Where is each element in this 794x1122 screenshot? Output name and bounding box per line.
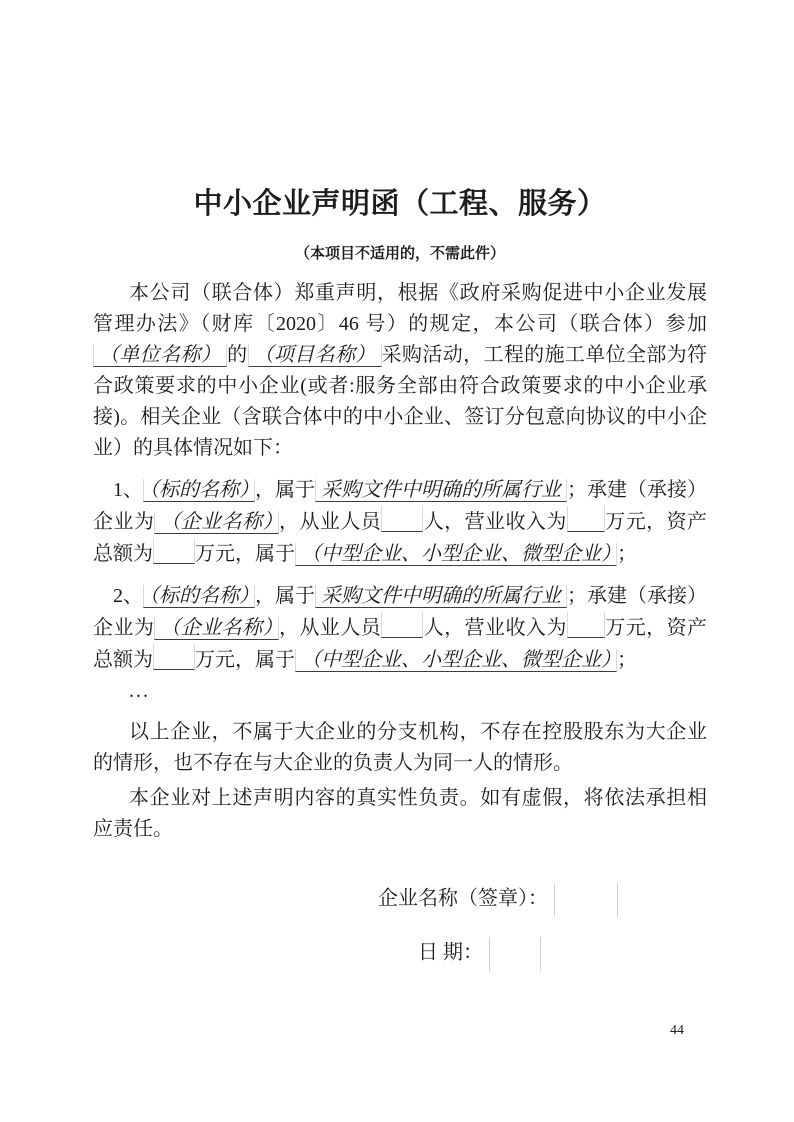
blank-field	[381, 612, 423, 638]
signature-date-label: 日 期：	[418, 942, 483, 964]
signature-company-blank	[554, 883, 618, 917]
fill-in-field: （中型企业、小型企业、微型企业）	[295, 543, 617, 566]
page: 中小企业声明函（工程、服务） （本项目不适用的，不需此件） 本公司（联合体）郑重…	[0, 0, 794, 1122]
document-subtitle: （本项目不适用的，不需此件）	[93, 245, 707, 263]
text-run: 本公司（联合体）郑重声明，根据《政府采购促进中小企业发展管理办法》（财库〔202…	[93, 282, 707, 335]
text-run: 万元，属于	[195, 543, 295, 565]
text-run: ，属于	[255, 585, 315, 607]
fill-in-field: （项目名称）	[248, 344, 382, 367]
item-2-paragraph: 2、（标的名称），属于采购文件中明确的所属行业；承建（承接）企业为（企业名称），…	[93, 581, 707, 676]
signature-date-blank	[489, 937, 541, 971]
text-run: 2、	[113, 585, 143, 607]
blank-field	[567, 506, 605, 532]
text-run: 1、	[113, 479, 143, 501]
signature-company-label: 企业名称（签章）：	[378, 888, 548, 910]
signature-block: 企业名称（签章）： 日 期：	[93, 883, 707, 971]
text-run: 的	[227, 344, 247, 366]
page-number: 44	[670, 1022, 684, 1040]
text-run: 人，营业收入为	[423, 511, 567, 533]
text-run: ；	[617, 543, 637, 565]
ellipsis-paragraph: ...	[93, 676, 707, 707]
text-run: 本企业对上述声明内容的真实性负责。如有虚假，将依法承担相应责任。	[93, 787, 707, 840]
statement-paragraph: 以上企业，不属于大企业的分支机构，不存在控股股东为大企业的情形，也不存在与大企业…	[93, 717, 707, 779]
document-content: 中小企业声明函（工程、服务） （本项目不适用的，不需此件） 本公司（联合体）郑重…	[0, 186, 794, 971]
fill-in-field: （企业名称）	[154, 511, 279, 534]
fill-in-field: （企业名称）	[154, 617, 279, 640]
item-1-paragraph: 1、（标的名称），属于采购文件中明确的所属行业；承建（承接）企业为（企业名称），…	[93, 475, 707, 570]
fill-in-field: （中型企业、小型企业、微型企业）	[295, 649, 617, 672]
text-run: ，属于	[255, 479, 315, 501]
opening-paragraph: 本公司（联合体）郑重声明，根据《政府采购促进中小企业发展管理办法》（财库〔202…	[93, 278, 707, 464]
blank-field	[567, 612, 605, 638]
blank-field	[381, 506, 423, 532]
document-body: 本公司（联合体）郑重声明，根据《政府采购促进中小企业发展管理办法》（财库〔202…	[93, 278, 707, 845]
fill-in-field: 采购文件中明确的所属行业	[315, 585, 567, 608]
document-title: 中小企业声明函（工程、服务）	[93, 186, 707, 222]
text-run: ，从业人员	[279, 511, 381, 533]
text-run: 万元，属于	[195, 649, 295, 671]
signature-company-line: 企业名称（签章）：	[93, 883, 707, 917]
blank-field	[153, 538, 195, 564]
signature-date-line: 日 期：	[93, 937, 707, 971]
text-run: ...	[129, 680, 150, 702]
text-run: ，从业人员	[279, 617, 381, 639]
text-run: ；	[617, 649, 637, 671]
blank-field	[153, 644, 195, 670]
closing-paragraph: 本企业对上述声明内容的真实性负责。如有虚假，将依法承担相应责任。	[93, 783, 707, 845]
fill-in-field: （标的名称）	[143, 479, 255, 502]
fill-in-field: （单位名称）	[93, 344, 227, 367]
fill-in-field: （标的名称）	[143, 585, 255, 608]
fill-in-field: 采购文件中明确的所属行业	[315, 479, 567, 502]
text-run: 以上企业，不属于大企业的分支机构，不存在控股股东为大企业的情形，也不存在与大企业…	[93, 721, 707, 774]
text-run: 人，营业收入为	[423, 617, 567, 639]
